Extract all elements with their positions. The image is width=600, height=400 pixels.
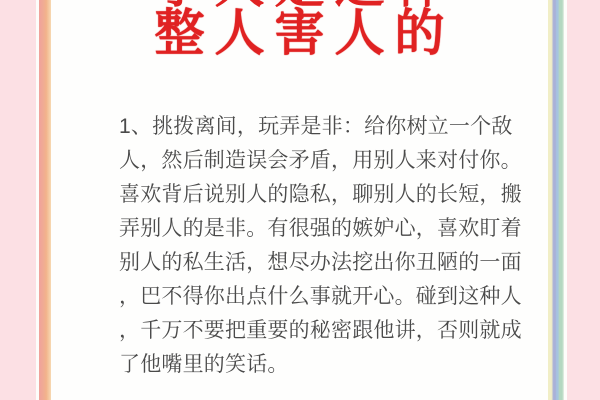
body-text: 1、挑拨离间，玩弄是非：给你树立一个敌 人，然后制造误会矛盾，用别人来对付你。 … — [119, 110, 521, 382]
text-line: 了他嘴里的笑话。 — [119, 348, 521, 382]
rainbow-border-left — [39, 0, 51, 400]
text-line: 1、挑拨离间，玩弄是非：给你树立一个敌 — [119, 110, 521, 144]
text-line: 别人的私生活，想尽办法挖出你丑陋的一面 — [119, 246, 521, 280]
rainbow-border-right — [548, 0, 564, 400]
post-title: 小人是这样 整人害人的 — [51, 0, 548, 70]
card-content: 小人是这样 整人害人的 1、挑拨离间，玩弄是非：给你树立一个敌 人，然后制造误会… — [51, 0, 548, 400]
text-line: ，千万不要把重要的秘密跟他讲，否则就成 — [119, 314, 521, 348]
text-line: 弄别人的是非。有很强的嫉妒心，喜欢盯着 — [119, 212, 521, 246]
text-line: 人，然后制造误会矛盾，用别人来对付你。 — [119, 144, 521, 178]
text-line: ，巴不得你出点什么事就开心。碰到这种人 — [119, 280, 521, 314]
page-background: { "post": { "title": { "line1_clipped_to… — [0, 0, 600, 400]
title-line: 整人害人的 — [51, 8, 548, 58]
content-card: 小人是这样 整人害人的 1、挑拨离间，玩弄是非：给你树立一个敌 人，然后制造误会… — [36, 0, 567, 400]
text-line: 喜欢背后说别人的隐私，聊别人的长短，搬 — [119, 178, 521, 212]
